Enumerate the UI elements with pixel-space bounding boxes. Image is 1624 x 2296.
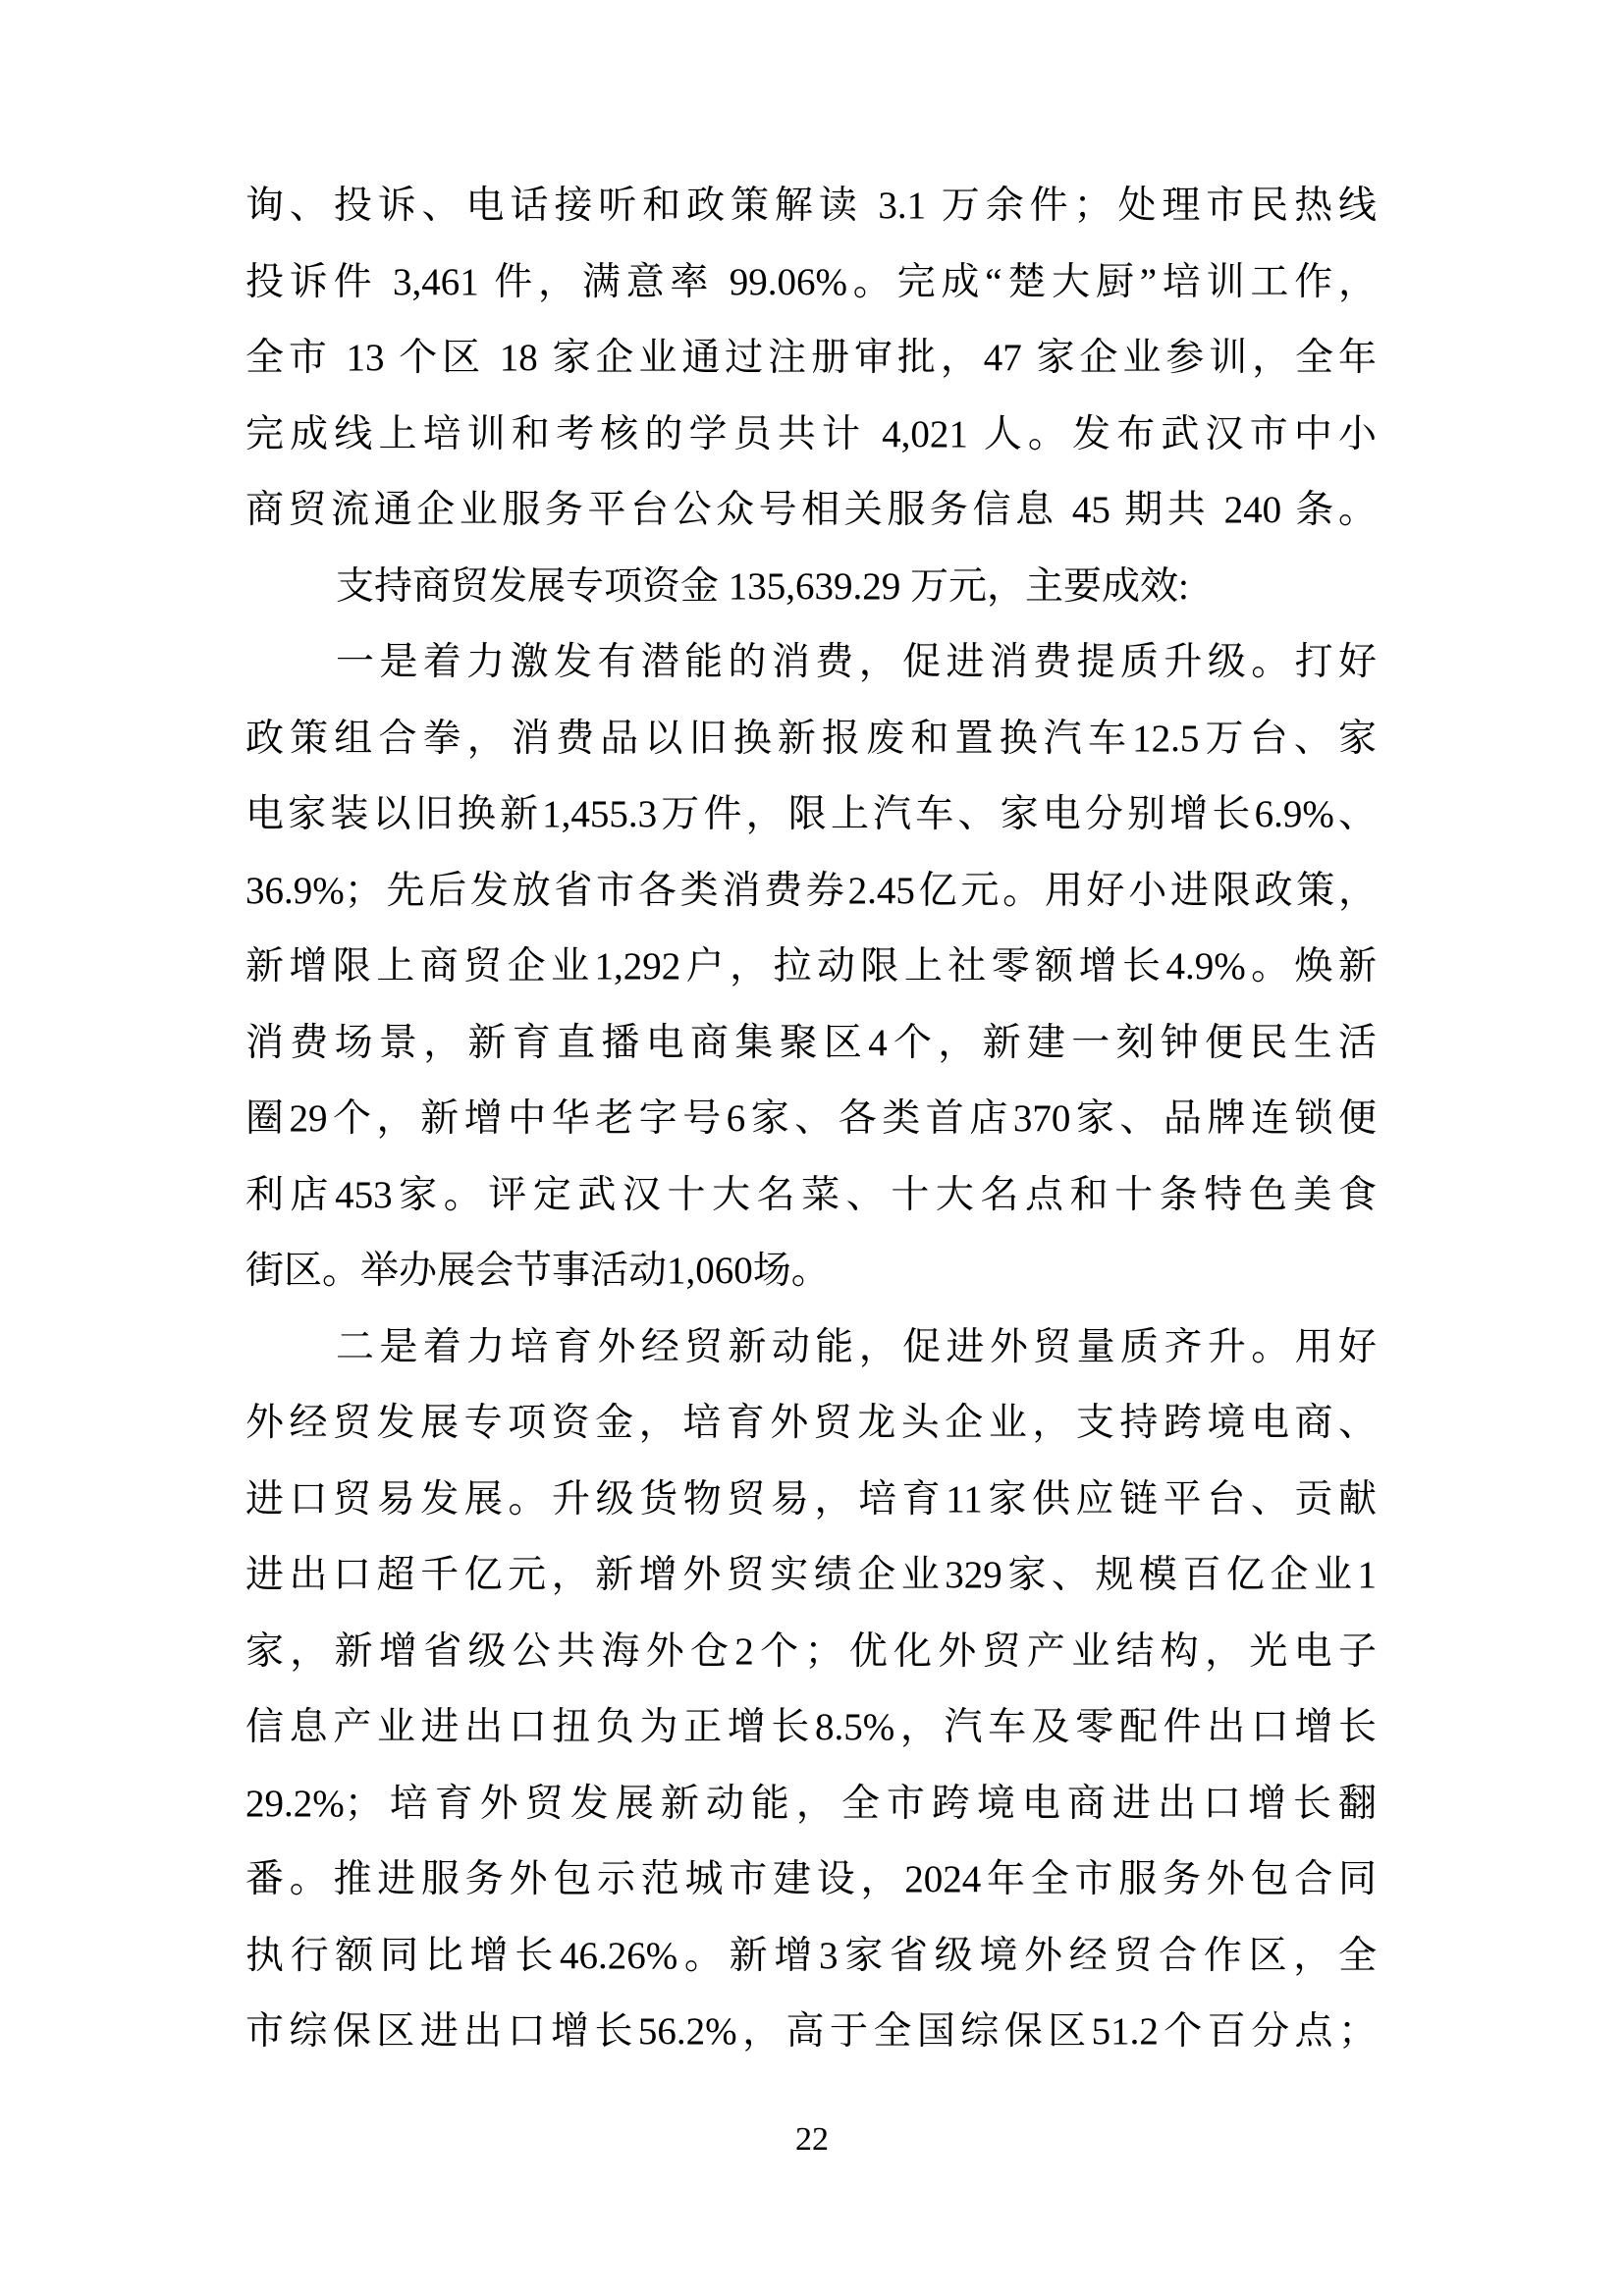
text-line: 家，新增省级公共海外仓2个；优化外贸产业结构，光电子: [245, 1614, 1377, 1690]
text-line: 信息产业进出口扭负为正增长8.5%，汽车及零配件出口增长: [245, 1689, 1377, 1766]
text-line: 进出口超千亿元，新增外贸实绩企业329家、规模百亿企业1: [245, 1537, 1377, 1614]
text-line: 完成线上培训和考核的学员共计 4,021 人。发布武汉市中小: [245, 397, 1377, 473]
text-line: 市综保区进出口增长56.2%，高于全国综保区51.2个百分点；: [245, 1994, 1377, 2070]
text-line: 投诉件 3,461 件，满意率 99.06%。完成“楚大厨”培训工作，: [245, 244, 1377, 321]
text-line: 电家装以旧换新1,455.3万件，限上汽车、家电分别增长6.9%、: [245, 776, 1377, 853]
text-line: 政策组合拳，消费品以旧换新报废和置换汽车12.5万台、家: [245, 701, 1377, 777]
text-line: 执行额同比增长46.26%。新增3家省级境外经贸合作区，全: [245, 1918, 1377, 1995]
text-line: 外经贸发展专项资金，培育外贸龙头企业，支持跨境电商、: [245, 1385, 1377, 1462]
text-line: 利店453家。评定武汉十大名菜、十大名点和十条特色美食: [245, 1157, 1377, 1234]
text-line: 新增限上商贸企业1,292户，拉动限上社零额增长4.9%。焕新: [245, 929, 1377, 1005]
text-line: 番。推进服务外包示范城市建设，2024年全市服务外包合同: [245, 1842, 1377, 1918]
text-line: 圈29个，新增中华老字号6家、各类首店370家、品牌连锁便: [245, 1081, 1377, 1157]
text-line: 询、投诉、电话接听和政策解读 3.1 万余件；处理市民热线: [245, 168, 1377, 244]
text-line: 进口贸易发展。升级货物贸易，培育11家供应链平台、贡献: [245, 1462, 1377, 1538]
text-line: 29.2%；培育外贸发展新动能，全市跨境电商进出口增长翻: [245, 1766, 1377, 1842]
text-line: 全市 13 个区 18 家企业通过注册审批，47 家企业参训，全年: [245, 320, 1377, 397]
text-line: 一是着力激发有潜能的消费，促进消费提质升级。打好: [245, 624, 1377, 701]
document-page: 询、投诉、电话接听和政策解读 3.1 万余件；处理市民热线 投诉件 3,461 …: [0, 0, 1624, 2296]
document-body-text: 询、投诉、电话接听和政策解读 3.1 万余件；处理市民热线 投诉件 3,461 …: [245, 168, 1377, 2070]
text-line: 36.9%；先后发放省市各类消费券2.45亿元。用好小进限政策，: [245, 853, 1377, 930]
page-number: 22: [0, 2120, 1624, 2160]
text-line: 街区。举办展会节事活动1,060场。: [245, 1233, 1377, 1309]
text-line: 消费场景，新育直播电商集聚区4个，新建一刻钟便民生活: [245, 1005, 1377, 1082]
text-line: 支持商贸发展专项资金 135,639.29 万元，主要成效:: [245, 549, 1377, 625]
text-line: 二是着力培育外经贸新动能，促进外贸量质齐升。用好: [245, 1309, 1377, 1386]
text-line: 商贸流通企业服务平台公众号相关服务信息 45 期共 240 条。: [245, 472, 1377, 549]
